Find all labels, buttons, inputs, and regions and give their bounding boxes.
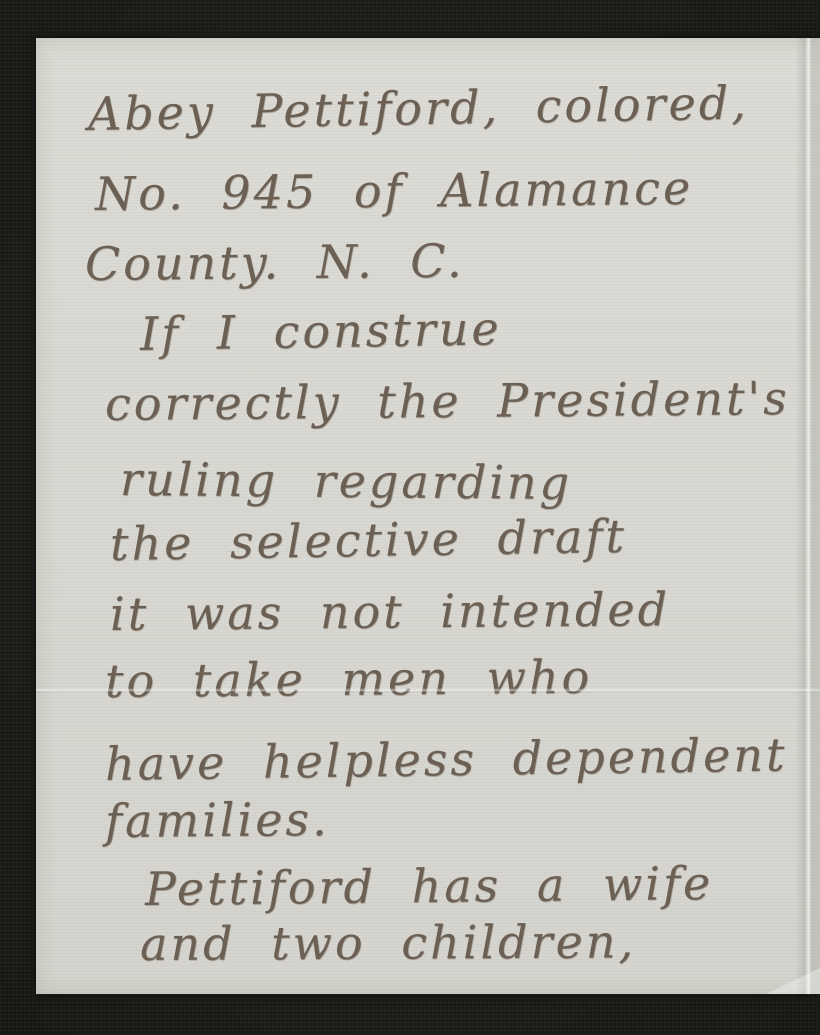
letter-page: Abey Pettiford, colored, No. 945 of Alam… [36,38,820,994]
handwriting-line-13: and two children, [140,914,636,971]
handwriting-line-7: the selective draft [110,509,628,571]
photo-backdrop: Abey Pettiford, colored, No. 945 of Alam… [0,0,820,1035]
handwriting-line-8: it was not intended [110,582,671,641]
handwriting-line-3: County. N. C. [85,234,465,291]
turned-corner [766,968,820,994]
handwriting-line-6: ruling regarding [120,452,573,510]
horizontal-fold-crease [36,688,820,693]
handwriting-line-2: No. 945 of Alamance [95,161,694,221]
handwriting-line-11: families. [105,792,330,848]
handwriting-line-5: correctly the President's [105,371,790,431]
manuscript-text-block: Abey Pettiford, colored, No. 945 of Alam… [36,38,820,994]
handwriting-line-9: to take men who [105,650,593,708]
handwriting-line-4: If I construe [140,301,502,361]
vertical-fold-crease [795,38,820,994]
handwriting-line-10: have helpless dependent [105,727,788,791]
handwriting-line-12: Pettiford has a wife [145,856,714,916]
handwriting-line-1: Abey Pettiford, colored, [88,75,750,141]
